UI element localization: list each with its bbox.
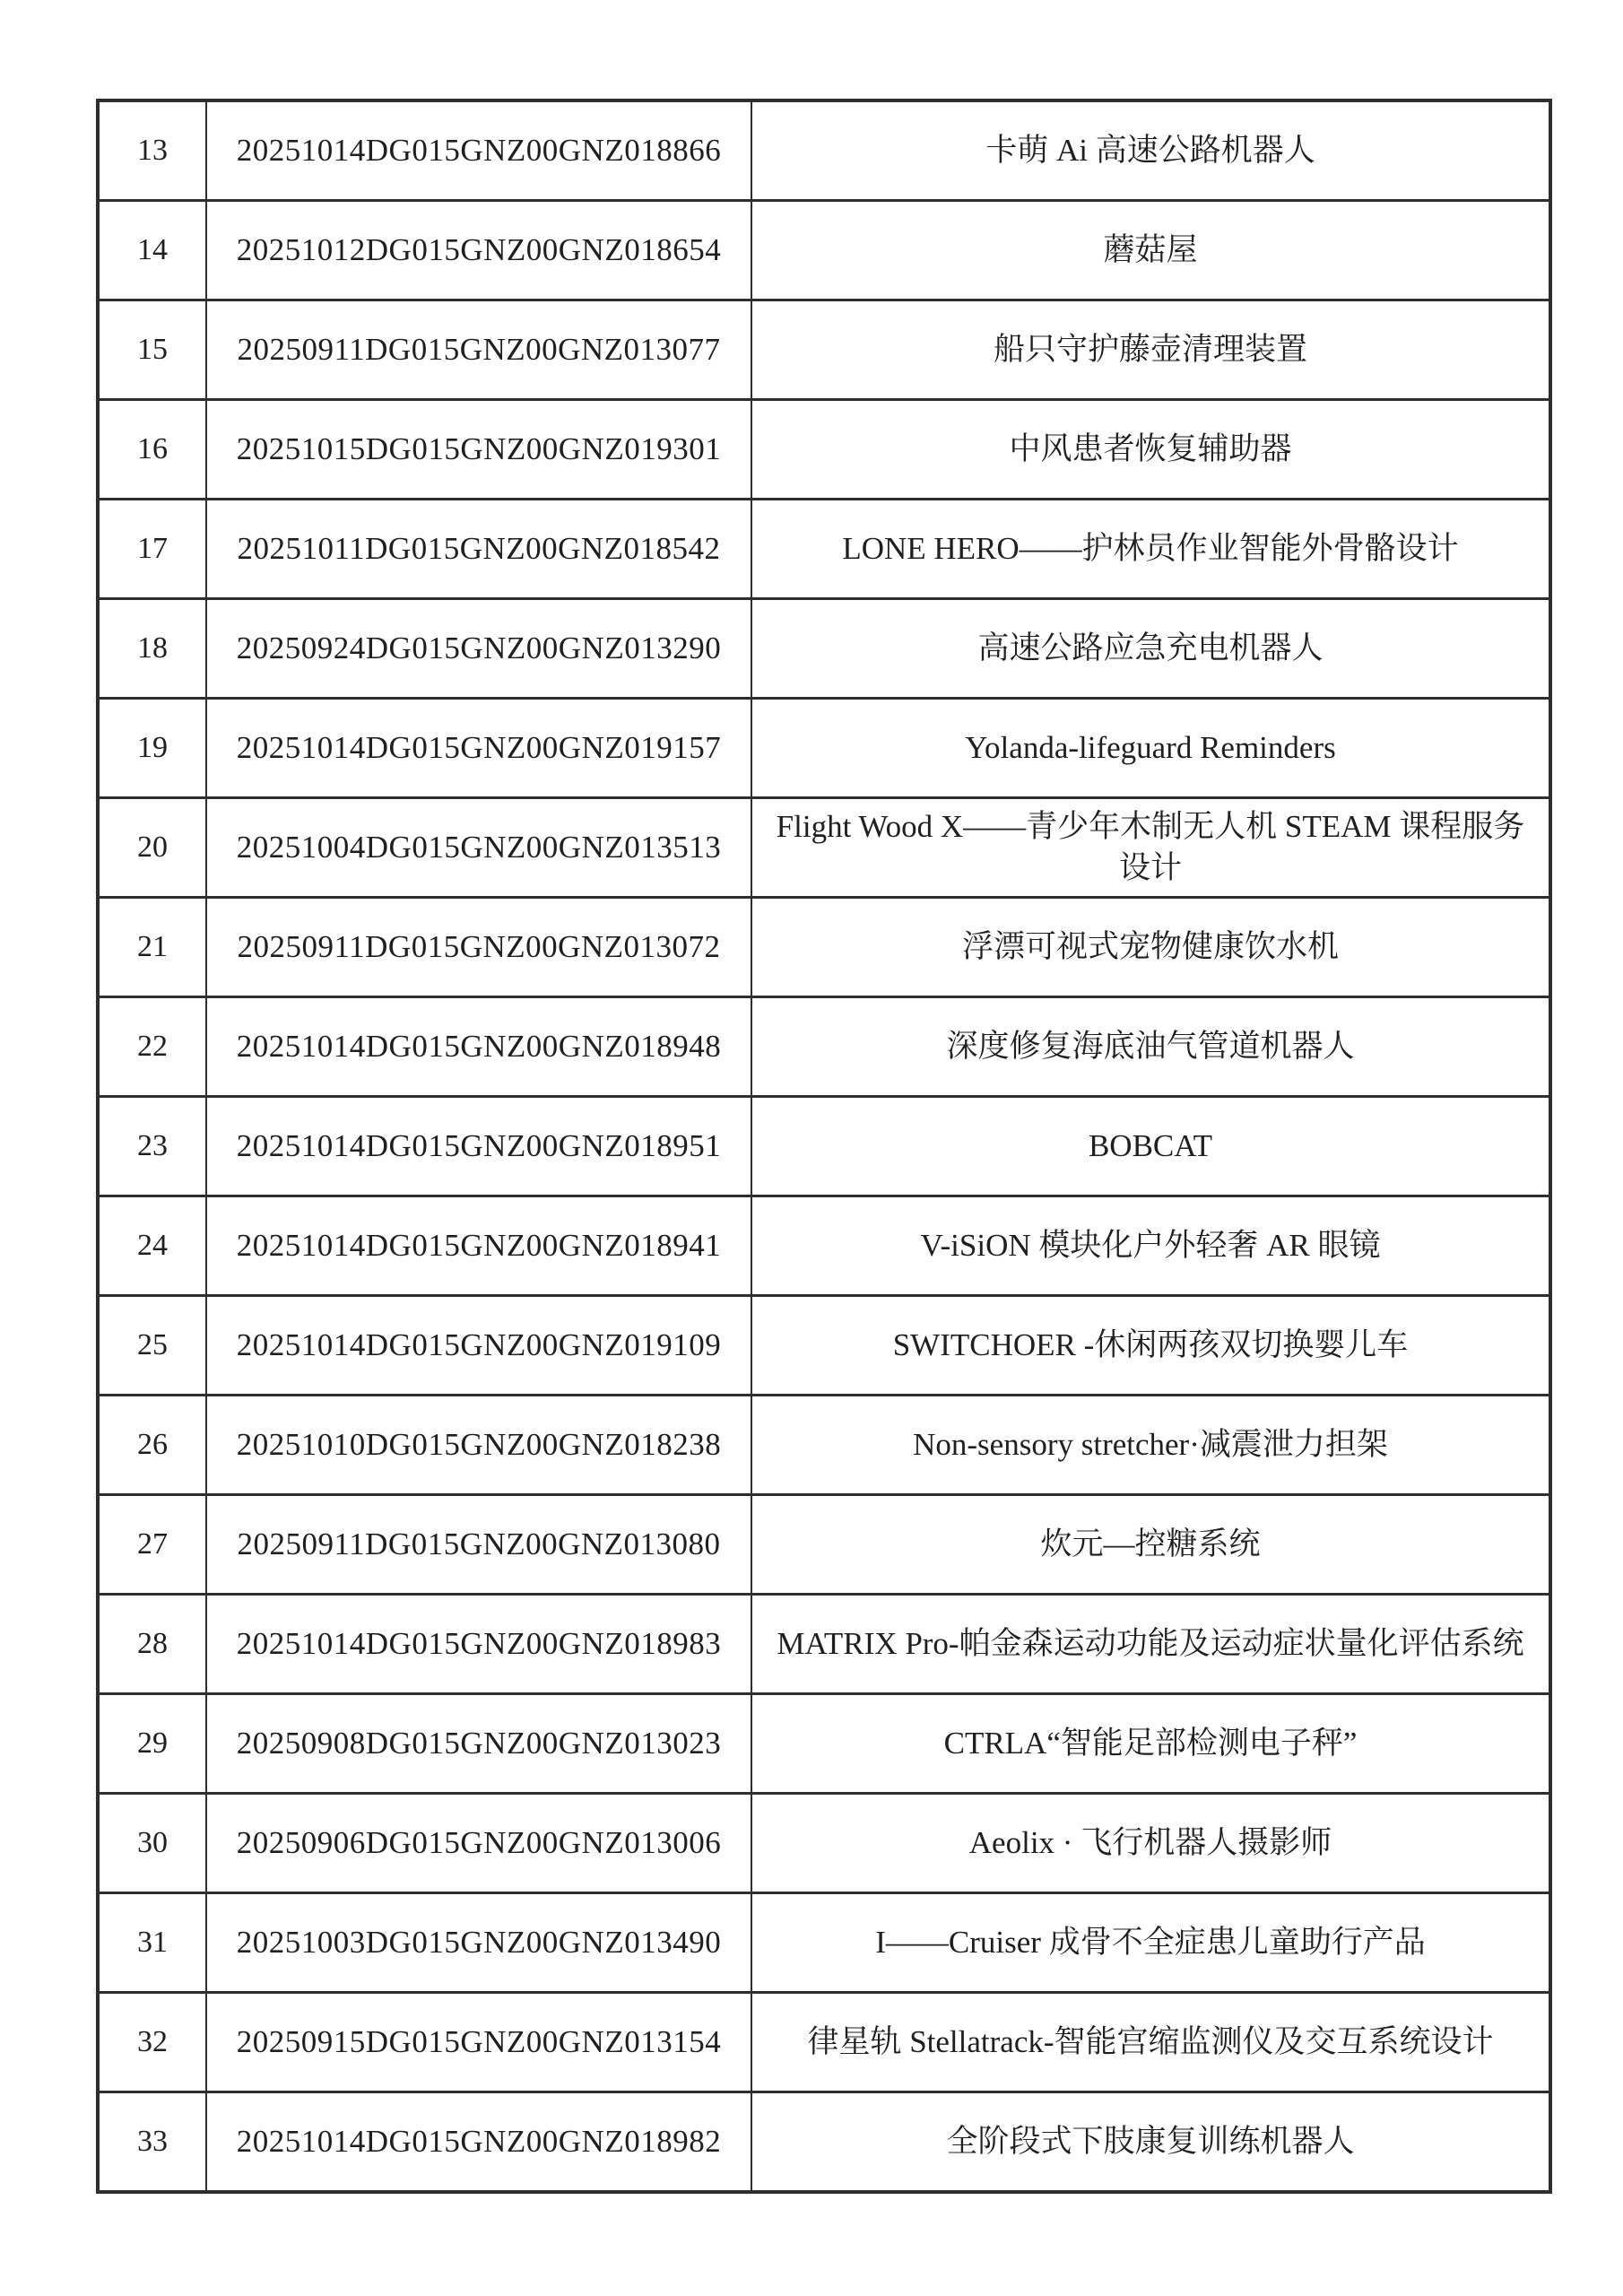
entry-id-cell: 20251014DG015GNZ00GNZ018866: [206, 100, 751, 201]
entry-id-cell: 20250911DG015GNZ00GNZ013080: [206, 1495, 751, 1595]
row-number-cell: 13: [98, 100, 206, 201]
row-number-cell: 21: [98, 898, 206, 997]
row-number-cell: 18: [98, 599, 206, 699]
entry-name-cell: Non-sensory stretcher·减震泄力担架: [751, 1396, 1550, 1495]
table-row: 2520251014DG015GNZ00GNZ019109SWITCHOER -…: [98, 1296, 1550, 1396]
table-row: 2120250911DG015GNZ00GNZ013072浮漂可视式宠物健康饮水…: [98, 898, 1550, 997]
document-page: 1320251014DG015GNZ00GNZ018866卡萌 Ai 高速公路机…: [0, 0, 1623, 2296]
entry-id-cell: 20250911DG015GNZ00GNZ013072: [206, 898, 751, 997]
entry-name-cell: 浮漂可视式宠物健康饮水机: [751, 898, 1550, 997]
entry-id-cell: 20251014DG015GNZ00GNZ018982: [206, 2092, 751, 2193]
entry-name-cell: I——Cruiser 成骨不全症患儿童助行产品: [751, 1893, 1550, 1993]
entries-table-body: 1320251014DG015GNZ00GNZ018866卡萌 Ai 高速公路机…: [98, 100, 1550, 2192]
table-row: 2720250911DG015GNZ00GNZ013080炊元—控糖系统: [98, 1495, 1550, 1595]
row-number-cell: 26: [98, 1396, 206, 1495]
entry-name-cell: SWITCHOER -休闲两孩双切换婴儿车: [751, 1296, 1550, 1396]
entry-name-cell: 蘑菇屋: [751, 201, 1550, 300]
entry-name-cell: 深度修复海底油气管道机器人: [751, 997, 1550, 1097]
table-row: 1720251011DG015GNZ00GNZ018542LONE HERO——…: [98, 500, 1550, 599]
table-row: 2920250908DG015GNZ00GNZ013023CTRLA“智能足部检…: [98, 1694, 1550, 1794]
entry-id-cell: 20251011DG015GNZ00GNZ018542: [206, 500, 751, 599]
entry-id-cell: 20250924DG015GNZ00GNZ013290: [206, 599, 751, 699]
row-number-cell: 28: [98, 1595, 206, 1694]
entry-name-cell: 律星轨 Stellatrack-智能宫缩监测仪及交互系统设计: [751, 1993, 1550, 2092]
entry-id-cell: 20251014DG015GNZ00GNZ018948: [206, 997, 751, 1097]
table-row: 1320251014DG015GNZ00GNZ018866卡萌 Ai 高速公路机…: [98, 100, 1550, 201]
entry-name-cell: LONE HERO——护林员作业智能外骨骼设计: [751, 500, 1550, 599]
table-row: 1920251014DG015GNZ00GNZ019157Yolanda-lif…: [98, 699, 1550, 798]
row-number-cell: 32: [98, 1993, 206, 2092]
table-row: 2820251014DG015GNZ00GNZ018983MATRIX Pro-…: [98, 1595, 1550, 1694]
table-row: 3320251014DG015GNZ00GNZ018982全阶段式下肢康复训练机…: [98, 2092, 1550, 2193]
entry-id-cell: 20251014DG015GNZ00GNZ018951: [206, 1097, 751, 1196]
table-row: 1820250924DG015GNZ00GNZ013290高速公路应急充电机器人: [98, 599, 1550, 699]
entry-id-cell: 20251014DG015GNZ00GNZ019109: [206, 1296, 751, 1396]
table-row: 1420251012DG015GNZ00GNZ018654蘑菇屋: [98, 201, 1550, 300]
entry-id-cell: 20251012DG015GNZ00GNZ018654: [206, 201, 751, 300]
row-number-cell: 14: [98, 201, 206, 300]
row-number-cell: 30: [98, 1794, 206, 1893]
entry-id-cell: 20251014DG015GNZ00GNZ018983: [206, 1595, 751, 1694]
entry-name-cell: MATRIX Pro-帕金森运动功能及运动症状量化评估系统: [751, 1595, 1550, 1694]
row-number-cell: 17: [98, 500, 206, 599]
row-number-cell: 15: [98, 300, 206, 400]
table-row: 3020250906DG015GNZ00GNZ013006Aeolix · 飞行…: [98, 1794, 1550, 1893]
row-number-cell: 20: [98, 798, 206, 898]
table-row: 1620251015DG015GNZ00GNZ019301中风患者恢复辅助器: [98, 400, 1550, 500]
entries-table: 1320251014DG015GNZ00GNZ018866卡萌 Ai 高速公路机…: [96, 99, 1552, 2194]
table-row: 3120251003DG015GNZ00GNZ013490I——Cruiser …: [98, 1893, 1550, 1993]
table-row: 2020251004DG015GNZ00GNZ013513Flight Wood…: [98, 798, 1550, 898]
entry-id-cell: 20250906DG015GNZ00GNZ013006: [206, 1794, 751, 1893]
table-row: 2320251014DG015GNZ00GNZ018951BOBCAT: [98, 1097, 1550, 1196]
entry-name-cell: V-iSiON 模块化户外轻奢 AR 眼镜: [751, 1196, 1550, 1296]
entry-name-cell: Flight Wood X——青少年木制无人机 STEAM 课程服务 设计: [751, 798, 1550, 898]
entry-name-cell: Yolanda-lifeguard Reminders: [751, 699, 1550, 798]
entry-name-cell: 中风患者恢复辅助器: [751, 400, 1550, 500]
row-number-cell: 27: [98, 1495, 206, 1595]
row-number-cell: 23: [98, 1097, 206, 1196]
table-row: 3220250915DG015GNZ00GNZ013154律星轨 Stellat…: [98, 1993, 1550, 2092]
entry-name-cell: 船只守护藤壶清理装置: [751, 300, 1550, 400]
entry-name-cell: 炊元—控糖系统: [751, 1495, 1550, 1595]
entry-name-cell: Aeolix · 飞行机器人摄影师: [751, 1794, 1550, 1893]
entry-id-cell: 20251014DG015GNZ00GNZ018941: [206, 1196, 751, 1296]
row-number-cell: 19: [98, 699, 206, 798]
entry-id-cell: 20251014DG015GNZ00GNZ019157: [206, 699, 751, 798]
row-number-cell: 31: [98, 1893, 206, 1993]
entry-id-cell: 20251004DG015GNZ00GNZ013513: [206, 798, 751, 898]
row-number-cell: 33: [98, 2092, 206, 2193]
entry-name-cell: CTRLA“智能足部检测电子秤”: [751, 1694, 1550, 1794]
table-row: 2220251014DG015GNZ00GNZ018948深度修复海底油气管道机…: [98, 997, 1550, 1097]
entry-id-cell: 20251003DG015GNZ00GNZ013490: [206, 1893, 751, 1993]
row-number-cell: 29: [98, 1694, 206, 1794]
table-row: 1520250911DG015GNZ00GNZ013077船只守护藤壶清理装置: [98, 300, 1550, 400]
entry-name-cell: 全阶段式下肢康复训练机器人: [751, 2092, 1550, 2193]
row-number-cell: 25: [98, 1296, 206, 1396]
table-row: 2620251010DG015GNZ00GNZ018238Non-sensory…: [98, 1396, 1550, 1495]
table-row: 2420251014DG015GNZ00GNZ018941V-iSiON 模块化…: [98, 1196, 1550, 1296]
entry-name-cell: 高速公路应急充电机器人: [751, 599, 1550, 699]
entry-id-cell: 20250915DG015GNZ00GNZ013154: [206, 1993, 751, 2092]
entry-id-cell: 20251015DG015GNZ00GNZ019301: [206, 400, 751, 500]
row-number-cell: 24: [98, 1196, 206, 1296]
row-number-cell: 16: [98, 400, 206, 500]
entry-id-cell: 20250908DG015GNZ00GNZ013023: [206, 1694, 751, 1794]
entry-name-cell: BOBCAT: [751, 1097, 1550, 1196]
entry-id-cell: 20251010DG015GNZ00GNZ018238: [206, 1396, 751, 1495]
entry-name-cell: 卡萌 Ai 高速公路机器人: [751, 100, 1550, 201]
entry-id-cell: 20250911DG015GNZ00GNZ013077: [206, 300, 751, 400]
row-number-cell: 22: [98, 997, 206, 1097]
